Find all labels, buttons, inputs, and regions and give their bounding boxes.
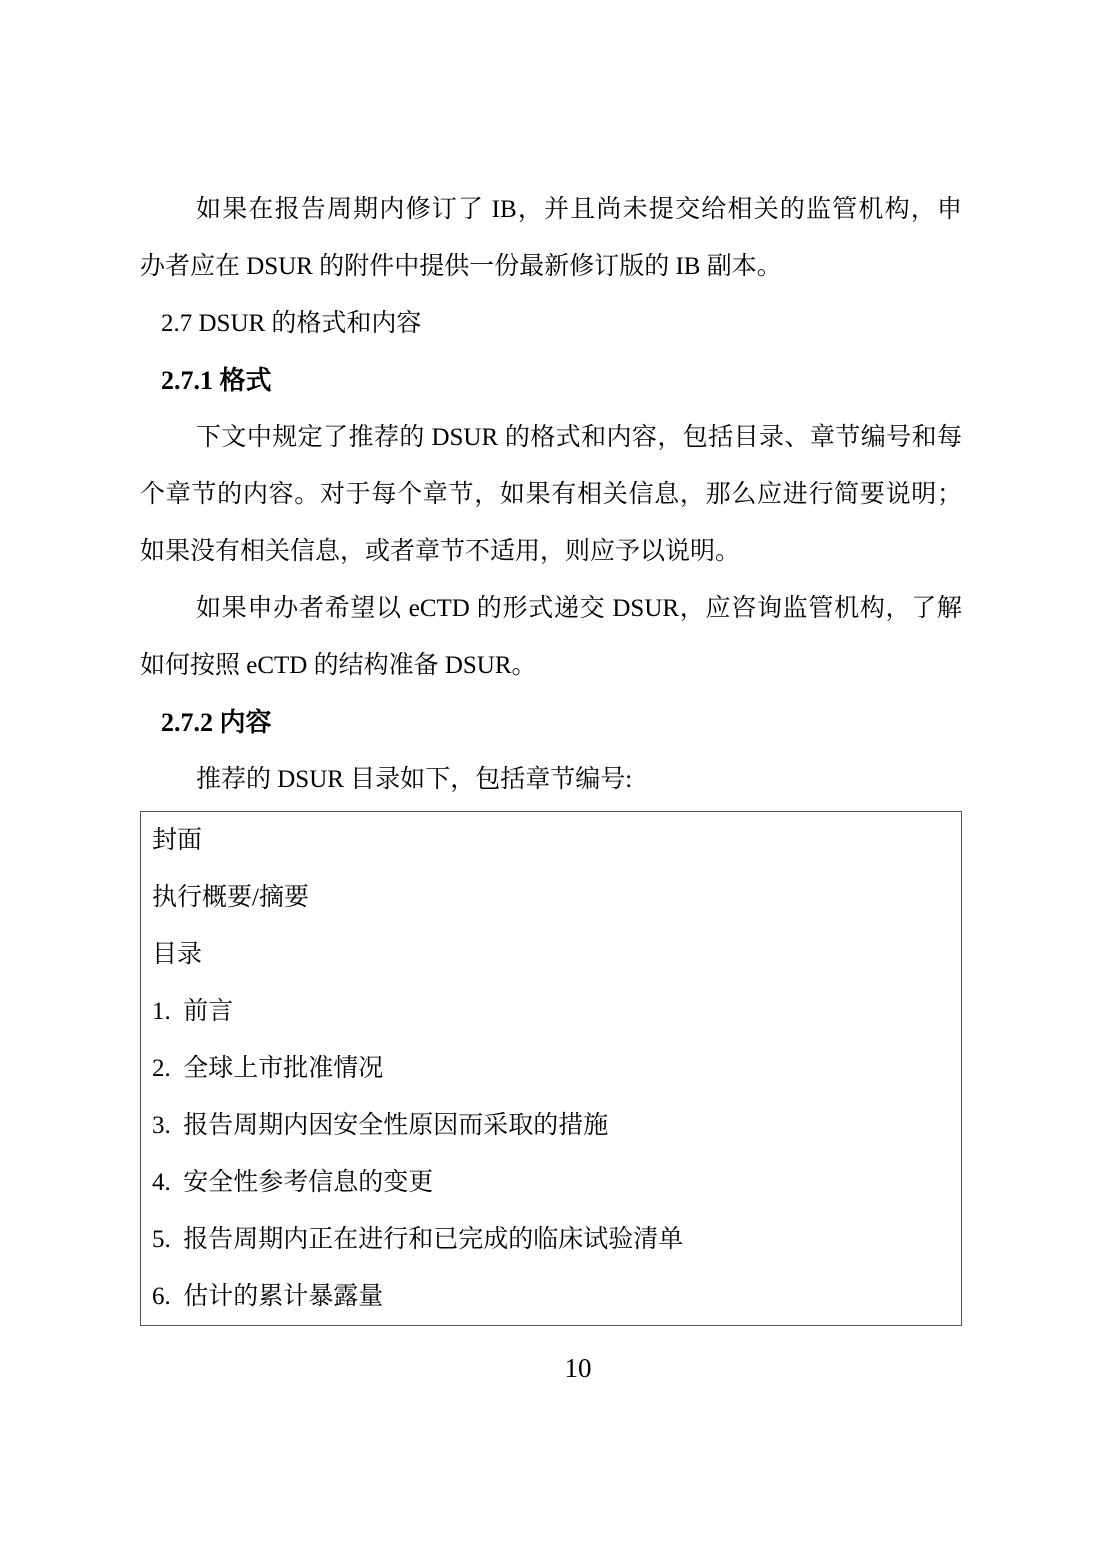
page-number: 10	[140, 1340, 962, 1397]
paragraph-format-description: 下文中规定了推荐的 DSUR 的格式和内容，包括目录、章节编号和每 个章节的内容…	[140, 409, 962, 580]
toc-item-2-marketing-approval: 2. 全球上市批准情况	[152, 1040, 961, 1097]
paragraph-line: 如果没有相关信息，或者章节不适用，则应予以说明。	[140, 523, 962, 580]
paragraph-ib-revision: 如果在报告周期内修订了 IB，并且尚未提交给相关的监管机构，申 办者应在 DSU…	[140, 181, 962, 295]
document-page: 如果在报告周期内修订了 IB，并且尚未提交给相关的监管机构，申 办者应在 DSU…	[0, 0, 1100, 1557]
paragraph-line: 个章节的内容。对于每个章节，如果有相关信息，那么应进行简要说明；	[140, 466, 962, 523]
heading-2-7-2-content: 2.7.2 内容	[140, 694, 962, 751]
paragraph-ectd: 如果申办者希望以 eCTD 的形式递交 DSUR，应咨询监管机构，了解 如何按照…	[140, 580, 962, 694]
toc-item-cover: 封面	[152, 812, 961, 869]
paragraph-line: 如何按照 eCTD 的结构准备 DSUR。	[140, 637, 962, 694]
paragraph-line: 办者应在 DSUR 的附件中提供一份最新修订版的 IB 副本。	[140, 238, 962, 295]
toc-box: 封面 执行概要/摘要 目录 1. 前言 2. 全球上市批准情况 3. 报告周期内…	[140, 811, 962, 1326]
toc-item-executive-summary: 执行概要/摘要	[152, 869, 961, 926]
paragraph-line: 如果在报告周期内修订了 IB，并且尚未提交给相关的监管机构，申	[140, 181, 962, 238]
toc-item-6-cumulative-exposure: 6. 估计的累计暴露量	[152, 1268, 961, 1325]
heading-2-7-format-content: 2.7 DSUR 的格式和内容	[140, 295, 962, 352]
paragraph-line: 下文中规定了推荐的 DSUR 的格式和内容，包括目录、章节编号和每	[140, 409, 962, 466]
toc-item-4-reference-safety-changes: 4. 安全性参考信息的变更	[152, 1154, 961, 1211]
toc-item-3-safety-actions: 3. 报告周期内因安全性原因而采取的措施	[152, 1097, 961, 1154]
paragraph-line: 如果申办者希望以 eCTD 的形式递交 DSUR，应咨询监管机构，了解	[140, 580, 962, 637]
toc-item-5-trial-list: 5. 报告周期内正在进行和已完成的临床试验清单	[152, 1211, 961, 1268]
toc-item-table-of-contents: 目录	[152, 926, 961, 983]
paragraph-line: 推荐的 DSUR 目录如下，包括章节编号:	[140, 751, 962, 808]
heading-2-7-1-format: 2.7.1 格式	[140, 352, 962, 409]
toc-item-1-introduction: 1. 前言	[152, 983, 961, 1040]
paragraph-toc-intro: 推荐的 DSUR 目录如下，包括章节编号:	[140, 751, 962, 808]
